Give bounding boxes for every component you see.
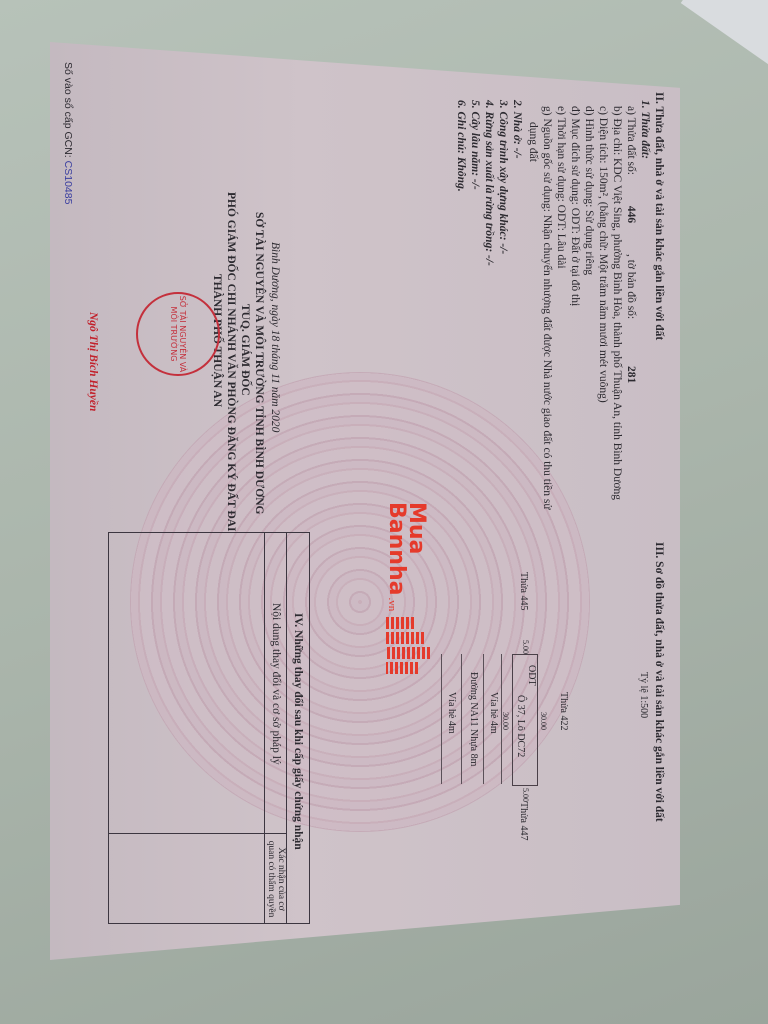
neighbor-parcel-right: Thửa 447 xyxy=(516,802,530,840)
area: c) Diện tích: 150m², (bằng chữ: Một trăm… xyxy=(596,106,610,403)
arrow-icon: ▲ xyxy=(641,925,656,939)
other-works: 3. Công trình xây dựng khác: -/- xyxy=(496,100,510,254)
changes-table: IV. Những thay đổi sau khi cấp giấy chứn… xyxy=(108,532,310,924)
section-4-title: IV. Những thay đổi sau khi cấp giấy chứn… xyxy=(291,613,305,850)
production-forest: 4. Rừng sản xuất là rừng trồng: -/- xyxy=(482,100,496,266)
road-line xyxy=(483,654,484,784)
neighbor-parcel-top: Thửa 422 xyxy=(556,692,570,730)
map-scale: Tỷ lệ 1:500 xyxy=(636,672,650,718)
plot-dimension-top: 30.00 xyxy=(536,712,550,730)
section-3-title: III. Sơ đồ thửa đất, nhà ở và tài sản kh… xyxy=(652,542,666,822)
plot-use-code: ODT xyxy=(524,665,538,686)
rotated-content: Số vào sổ cấp GCN: CS10485 II. Thửa đất,… xyxy=(50,42,680,960)
land-plot: ODT Ô 37, Lô DC72 xyxy=(512,654,538,786)
plot-dimension-right: 5.00 xyxy=(518,788,532,802)
sidewalk-label-2: Vỉa hè 4m xyxy=(444,692,458,734)
address: b) Địa chỉ: KDC Việt Sing, phường Bình H… xyxy=(610,106,624,500)
changes-table-columns: Nội dung thay đổi và cơ sở pháp lý Xác n… xyxy=(264,533,287,923)
sidewalk-label-1: Vỉa hè 4m xyxy=(486,692,500,734)
watermark-suffix: .vn xyxy=(386,597,398,611)
signing-date: Bình Dương, ngày 18 tháng 11 năm 2020 xyxy=(268,242,282,432)
stamp-text: SỞ TÀI NGUYÊN VÀ MÔI TRƯỜNG xyxy=(169,294,187,374)
background-object xyxy=(681,0,768,66)
plot-label: Ô 37, Lô DC72 xyxy=(513,695,527,757)
north-arrow: B▲ xyxy=(639,912,662,939)
land-certificate-page: Số vào sổ cấp GCN: CS10485 II. Thửa đất,… xyxy=(50,42,680,960)
registry-label: Số vào sổ cấp GCN: xyxy=(62,62,74,158)
registry-number: Số vào sổ cấp GCN: CS10485 xyxy=(61,62,75,204)
road-line-2 xyxy=(461,654,462,784)
usage-origin-cont: dụng đất xyxy=(526,122,540,162)
parcel-label: a) Thửa đất số: xyxy=(625,106,637,175)
issuing-department: SỞ TÀI NGUYÊN VÀ MÔI TRƯỜNG TỈNH BÌNH DƯ… xyxy=(252,212,266,514)
watermark-line-2: Bannha xyxy=(386,502,406,595)
col-authority-confirmation: Xác nhận của cơ quan có thẩm quyền xyxy=(266,837,286,921)
watermark-line-1: Mua xyxy=(406,502,426,595)
sidewalk-line-2 xyxy=(441,654,442,784)
authorization: TUQ. GIÁM ĐỐC xyxy=(238,304,252,396)
north-label: B xyxy=(640,912,662,925)
road-label: Đường NA11 Nhựa 8m xyxy=(466,672,480,766)
usage-origin: g) Nguồn gốc sử dụng: Nhận chuyển nhượng… xyxy=(540,106,554,510)
usage-purpose: đ) Mục đích sử dụng: ODT: Đất ở tại đô t… xyxy=(568,106,582,306)
signer-role: PHÓ GIÁM ĐỐC CHI NHÁNH VĂN PHÒNG ĐĂNG KÝ… xyxy=(224,192,238,531)
signer-name: Ngô Thị Bích Huyền xyxy=(86,312,100,411)
usage-term: e) Thời hạn sử dụng: ODT: Lâu dài xyxy=(554,106,568,269)
usage-form: d) Hình thức sử dụng: Sử dụng riêng xyxy=(582,106,596,275)
col-change-content: Nội dung thay đổi và cơ sở pháp lý xyxy=(269,603,283,765)
parcel-number: 446 xyxy=(625,206,637,223)
plot-dimension-left: 5.00 xyxy=(518,640,532,654)
notes: 6. Ghi chú: Không. xyxy=(454,100,468,192)
house: 2. Nhà ở: -/- xyxy=(510,100,524,159)
parcel-line: a) Thửa đất số: 446 , tờ bản đồ số: 281 xyxy=(624,106,638,383)
land-heading: 1. Thửa đất: xyxy=(638,100,652,159)
official-stamp: SỞ TÀI NGUYÊN VÀ MÔI TRƯỜNG xyxy=(136,292,220,376)
sidewalk-line xyxy=(501,654,502,784)
registry-value: CS10485 xyxy=(62,161,74,205)
changes-table-header: IV. Những thay đổi sau khi cấp giấy chứn… xyxy=(286,533,309,923)
map-sheet-number: 281 xyxy=(625,366,637,383)
map-sheet-label: , tờ bản đồ số: xyxy=(625,254,637,319)
perennial-trees: 5. Cây lâu năm: -/- xyxy=(468,100,482,190)
table-divider xyxy=(109,833,287,834)
muabannha-watermark: Mua Bannha .vn xyxy=(386,502,430,674)
section-2-title: II. Thửa đất, nhà ở và tài sản khác gắn … xyxy=(652,92,666,340)
building-logo-icon xyxy=(386,617,430,674)
neighbor-parcel-left: Thửa 445 xyxy=(516,572,530,610)
